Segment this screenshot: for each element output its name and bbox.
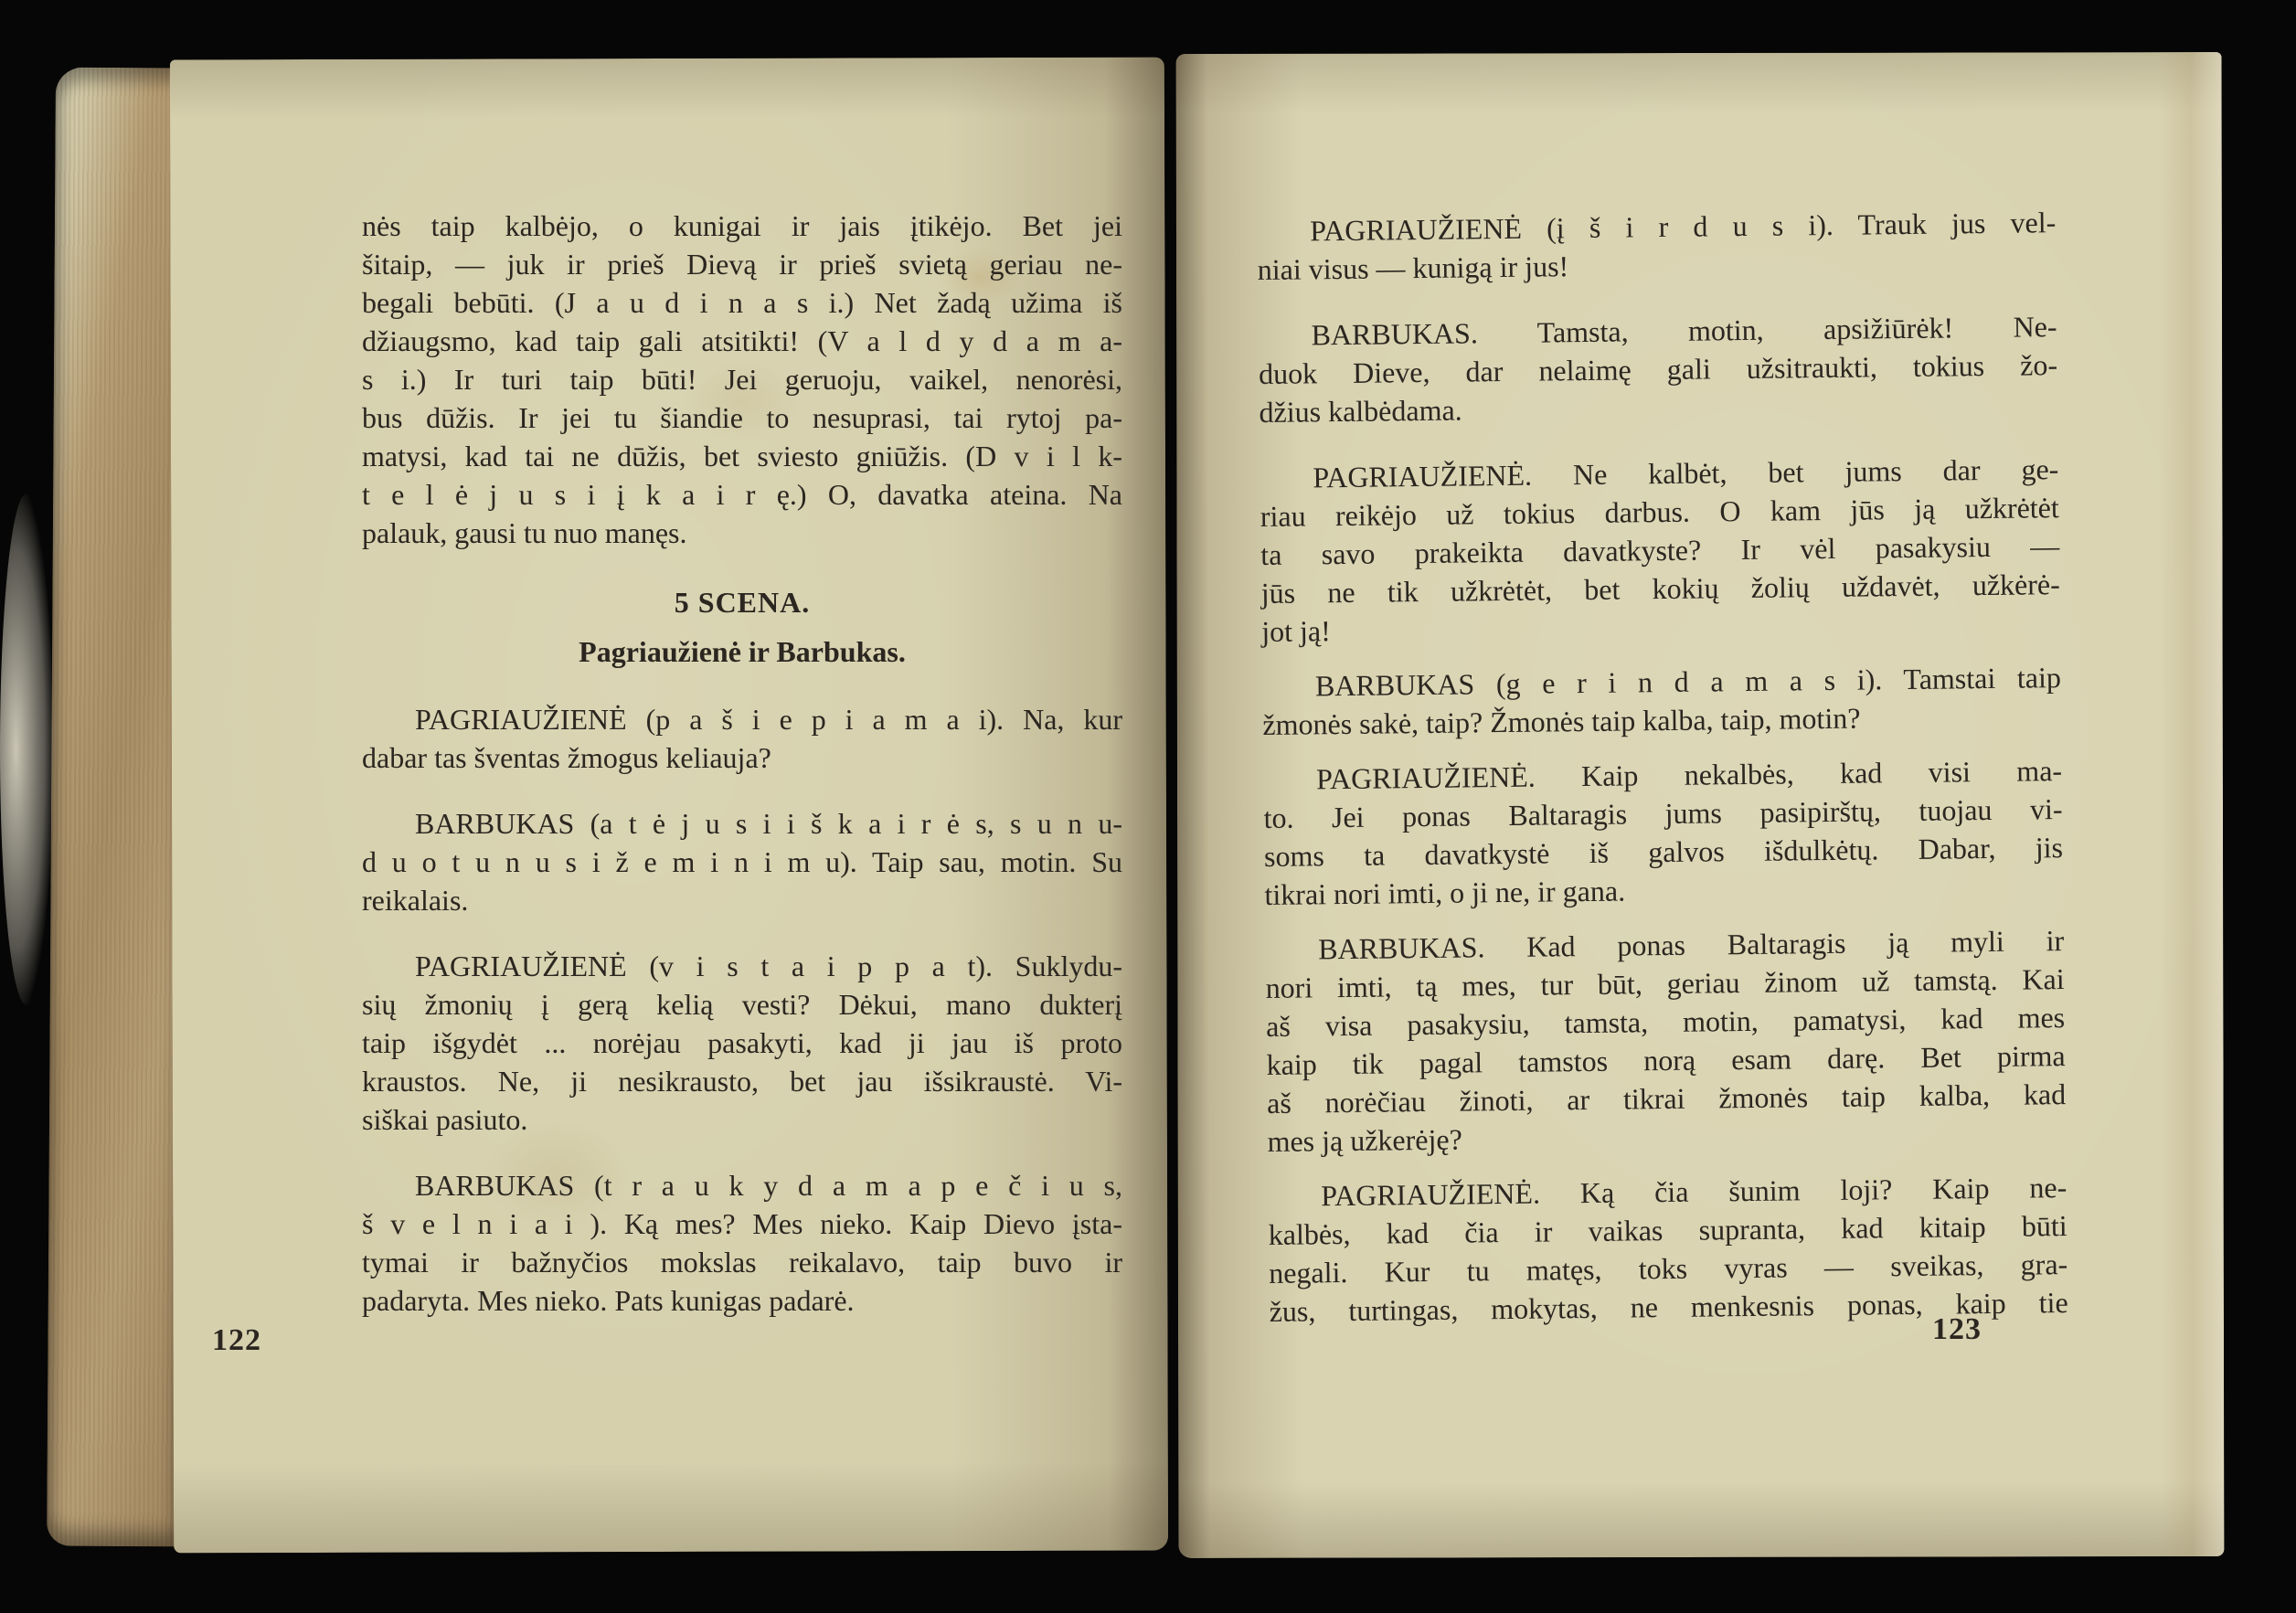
text-line: niai visus — kunigą ir jus! <box>1258 241 2057 289</box>
left-fore-edge-pages <box>47 68 187 1547</box>
right-page-text-column: PAGRIAUŽIENĖ (į š i r d u s i). Trauk ju… <box>1257 203 2068 1331</box>
text-line: PAGRIAUŽIENĖ (p a š i e p i a m a i). Na… <box>362 700 1122 738</box>
text-line: t e l ė j u s i į k a i r ę.) O, davatka… <box>362 475 1122 514</box>
continuation-paragraph: nės taip kalbėjo, o kunigai ir jais įtik… <box>362 207 1122 552</box>
page-number-123: 123 <box>1932 1312 1982 1347</box>
scene-cast-line: Pagriaužienė ir Barbukas. <box>362 632 1122 671</box>
text-line: džiaugsmo, kad taip gali atsitikti! (V a… <box>362 322 1122 360</box>
dialogue-paragraph: BARBUKAS. Tamsta, motin, apsižiūrėk! Ne-… <box>1258 307 2057 431</box>
text-line: BARBUKAS (t r a u k y d a m a p e č i u … <box>362 1166 1122 1204</box>
text-line: PAGRIAUŽIENĖ (v i s t a i p p a t). Sukl… <box>362 947 1122 985</box>
book-scan-stage: nės taip kalbėjo, o kunigai ir jais įtik… <box>0 0 2296 1613</box>
text-line: padaryta. Mes nieko. Pats kunigas padarė… <box>362 1281 1122 1320</box>
dialogue-paragraph: PAGRIAUŽIENĖ. Kaip nekalbės, kad visi ma… <box>1263 751 2064 914</box>
dialogue-paragraph: BARBUKAS (t r a u k y d a m a p e č i u … <box>362 1166 1122 1320</box>
text-line: š v e l n i a i ). Ką mes? Mes nieko. Ka… <box>362 1204 1122 1243</box>
text-line: džius kalbėdama. <box>1259 384 2057 431</box>
text-line: taip išgydėt ... norėjau pasakyti, kad j… <box>362 1024 1122 1062</box>
text-line: bus dūžis. Ir jei tu šiandie to nesupras… <box>362 398 1122 437</box>
dialogue-paragraph: PAGRIAUŽIENĖ (į š i r d u s i). Trauk ju… <box>1257 203 2057 289</box>
text-line: tymai ir bažnyčios mokslas reikalavo, ta… <box>362 1243 1122 1281</box>
text-line: šitaip, — juk ir prieš Dievą ir prieš sv… <box>362 245 1122 283</box>
text-line: tikrai nori imti, o ji ne, ir gana. <box>1264 866 2063 914</box>
text-line: kraustos. Ne, ji nesikrausto, bet jau iš… <box>362 1062 1122 1100</box>
text-line: s i.) Ir turi taip būti! Jei geruoju, va… <box>362 360 1122 398</box>
dialogue-paragraph: PAGRIAUŽIENĖ (v i s t a i p p a t). Sukl… <box>362 947 1122 1139</box>
text-line: d u o t u n u s i ž e m i n i m u). Taip… <box>362 843 1122 881</box>
text-line: sių žmonių į gerą kelią vesti? Dėkui, ma… <box>362 985 1122 1024</box>
page-number-122: 122 <box>212 1323 261 1358</box>
text-line: BARBUKAS (a t ė j u s i i š k a i r ė s,… <box>362 804 1122 843</box>
worn-page-edge-highlight <box>0 493 53 1005</box>
text-line: begali bebūti. (J a u d i n a s i.) Net … <box>362 283 1122 322</box>
scene-heading: 5 SCENA. <box>362 583 1122 621</box>
dialogue-paragraph: BARBUKAS (g e r i n d a m a s i). Tamsta… <box>1262 658 2062 744</box>
left-page-text-column: nės taip kalbėjo, o kunigai ir jais įtik… <box>362 207 1122 1320</box>
text-line: dabar tas šventas žmogus keliauja? <box>362 738 1122 777</box>
text-line: palauk, gausi tu nuo manęs. <box>362 514 1122 552</box>
text-line: siškai pasiuto. <box>362 1100 1122 1139</box>
dialogue-paragraph: PAGRIAUŽIENĖ. Ką čia šunim loji? Kaip ne… <box>1268 1168 2068 1331</box>
dialogue-paragraph: PAGRIAUŽIENĖ (p a š i e p i a m a i). Na… <box>362 700 1122 777</box>
text-line: mes ją užkerėję? <box>1267 1113 2066 1161</box>
text-line: reikalais. <box>362 881 1122 919</box>
dialogue-paragraph: PAGRIAUŽIENĖ. Ne kalbėt, bet jums dar ge… <box>1260 450 2060 651</box>
dialogue-paragraph: BARBUKAS. Kad ponas Baltaragis ją myli i… <box>1265 921 2067 1161</box>
text-line: nės taip kalbėjo, o kunigai ir jais įtik… <box>362 207 1122 245</box>
text-line: žmonės sakė, taip? Žmonės taip kalba, ta… <box>1262 696 2061 744</box>
text-line: matysi, kad tai ne dūžis, bet sviesto gn… <box>362 437 1122 475</box>
dialogue-paragraph: BARBUKAS (a t ė j u s i i š k a i r ė s,… <box>362 804 1122 919</box>
